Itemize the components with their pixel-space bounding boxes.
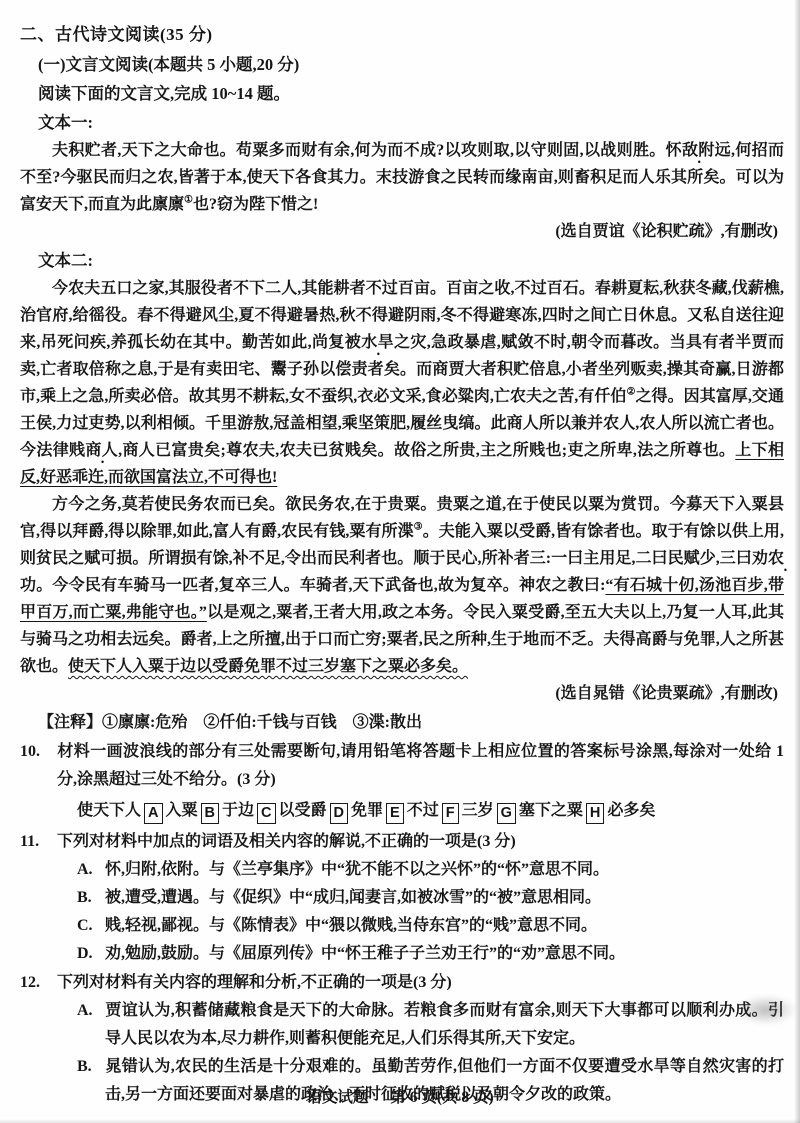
option-text: 被,遭受,遭遇。与《促织》中“成归,闻妻言,如被冰雪”的“被”意思相同。 [105,889,601,906]
option-label: D. [77,940,105,968]
sup-segment: ③ [414,522,423,533]
option-text: 劝,勉励,鼓励。与《屈原列传》中“怀王稚子子兰劝王行”的“劝”意思不同。 [105,945,625,962]
scan-smudge-artifact [735,995,797,1025]
box-segment: B [201,803,219,824]
page-footer: 语文试题第 6 页(共 8 页) [0,1084,800,1111]
question-11-option-a: A.怀,归附,依附。与《兰亭集序》中“犹不能不以之兴怀”的“怀”意思不同。 [20,856,784,884]
dot-segment: 怀 [666,142,682,159]
box-segment: F [442,803,459,824]
text-segment: 于边 [222,802,254,819]
question-11-text: 下列对材料中加点的词语及相关内容的解说,不正确的一项是(3 分) [57,833,516,850]
dot-segment: 贱 [69,442,85,459]
footer-page-label: 第 6 页(共 8 页) [390,1089,493,1106]
text-segment: 必多矣 [607,802,655,819]
box-segment: H [586,803,604,824]
exam-page: 二、古代诗文阅读(35 分) (一)文言文阅读(本题共 5 小题,20 分) 阅… [0,0,800,1123]
wavy-segment: 使天下人入粟于边以受爵免罪不过三岁塞下之粟必多矣。 [68,658,468,675]
box-segment: E [386,803,404,824]
text-segment: 也?窃为陛下惜之! [193,196,318,213]
box-segment: C [257,803,275,824]
question-11-option-d: D.劝,勉励,鼓励。与《屈原列传》中“怀王稚子子兰劝王行”的“劝”意思不同。 [20,940,784,968]
question-11-option-b: B.被,遭受,遭遇。与《促织》中“成归,闻妻言,如被冰雪”的“被”意思相同。 [20,884,784,912]
option-label: C. [77,912,105,940]
question-11-number: 11. [20,828,57,856]
dot-segment: 劝 [752,550,768,567]
option-label: A. [77,856,105,884]
text-segment: 三岁 [462,802,494,819]
subsection-title: (一)文言文阅读(本题共 5 小题,20 分) [38,50,784,79]
text1-paragraph: 夫积贮者,天下之大命也。苟粟多而财有余,何为而不成?以攻则取,以守则固,以战则胜… [20,137,784,218]
option-text: 贾谊认为,积蓄储藏粮食是天下的大命脉。若粮食多而财有富余,则天下大事都可以顺利办… [105,1002,784,1047]
footer-doc-label: 语文试题 [306,1089,368,1106]
text1-attribution: (选自贾谊《论积贮疏》,有删改) [20,218,784,246]
text-segment: 入粟 [166,802,198,819]
notes-line: 【注释】①廪廪:危殆 ②仟伯:千钱与百钱 ③渫:散出 [38,708,784,737]
scan-edge-shadow [794,0,800,1123]
question-10-answer-row: 使天下人A入粟B于边C以受爵D免罪E不过F三岁G塞下之粟H必多矣 [77,796,784,826]
question-10-number: 10. [20,738,57,766]
box-segment: G [497,803,516,824]
box-segment: D [330,803,348,824]
question-10: 10.材料一画波浪线的部分有三处需要断句,请用铅笔将答题卡上相应位置的答案标号涂… [20,738,784,794]
question-12-option-a: A.贾谊认为,积蓄储藏粮食是天下的大命脉。若粮食多而财有富余,则天下大事都可以顺… [20,997,784,1053]
scan-bottom-shadow [0,1119,800,1123]
question-12-text: 下列对材料有关内容的理解和分析,不正确的一项是(3 分) [57,974,452,991]
option-label: B. [77,884,105,912]
text2-paragraph-1: 今农夫五口之家,其服役者不下二人,其能耕者不过百亩。百亩之收,不过百石。春耕夏耘… [20,275,784,491]
text-segment: 不过 [407,802,439,819]
question-12-number: 12. [20,969,57,997]
text-segment: 夫积贮者,天下之大命也。苟粟多而财有余,何为而不成?以攻则取,以守则固,以战则胜… [52,142,666,159]
instruction-line: 阅读下面的文言文,完成 10~14 题。 [38,79,784,108]
option-text: 贱,轻视,鄙视。与《陈情表》中“猥以微贱,当侍东宫”的“贱”意思不同。 [105,917,597,934]
text2-paragraph-2: 方今之务,莫若使民务农而已矣。欲民务农,在于贵粟。贵粟之道,在于使民以粟为赏罚。… [20,491,784,680]
text2-label: 文本二: [38,246,784,275]
box-segment: A [144,803,162,824]
sup-segment: ① [184,195,193,206]
text1-label: 文本一: [38,108,784,137]
text-segment: 塞下之粟 [519,802,583,819]
text-segment: 免罪 [351,802,383,819]
text-segment: 以受爵 [279,802,327,819]
dot-segment: 被 [345,334,361,351]
question-12: 12.下列对材料有关内容的理解和分析,不正确的一项是(3 分) [20,969,784,997]
question-10-text: 材料一画波浪线的部分有三处需要断句,请用铅笔将答题卡上相应位置的答案标号涂黑,每… [57,743,784,788]
option-label: A. [77,997,105,1025]
text-segment: 商人,商人已富贵矣;尊农夫,农夫已贫贱矣。故俗之所贵,主之所贱也;吏之所卑,法之… [85,442,735,459]
question-11-option-c: C.贱,轻视,鄙视。与《陈情表》中“猥以微贱,当侍东宫”的“贱”意思不同。 [20,912,784,940]
section-title: 二、古代诗文阅读(35 分) [20,20,784,50]
option-text: 怀,归附,依附。与《兰亭集序》中“犹不能不以之兴怀”的“怀”意思不同。 [105,861,609,878]
text2-attribution: (选自晁错《论贵粟疏》,有删改) [20,680,784,708]
option-label: B. [77,1053,105,1081]
question-11: 11.下列对材料中加点的词语及相关内容的解说,不正确的一项是(3 分) [20,828,784,856]
text-segment: 使天下人 [77,802,141,819]
